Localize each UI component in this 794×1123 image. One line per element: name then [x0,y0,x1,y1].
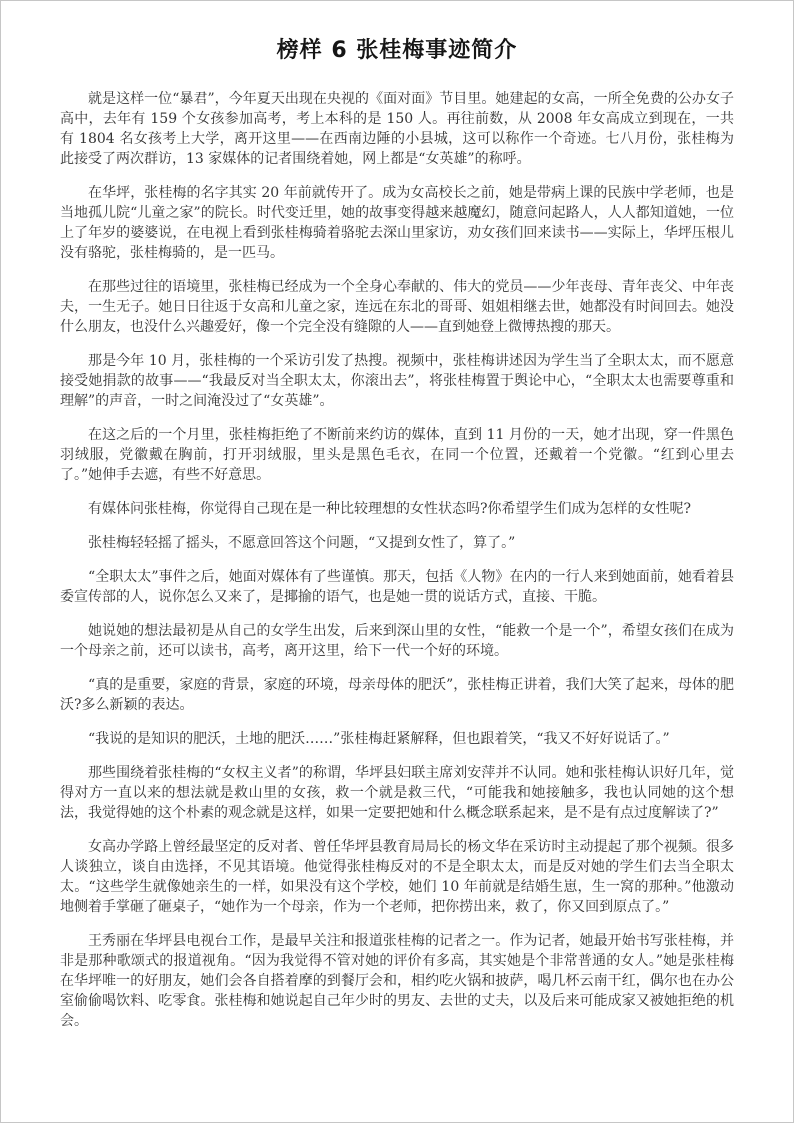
paragraph: 就是这样一位“暴君”，今年夏天出现在央视的《面对面》节目里。她建起的女高，一所全… [60,89,734,169]
paragraph: 在这之后的一个月里，张桂梅拒绝了不断前来约访的媒体，直到 11 月份的一天，她才… [60,425,734,485]
paragraph: 那些围绕着张桂梅的“女权主义者”的称谓，华坪县妇联主席刘安萍并不认同。她和张桂梅… [60,763,734,823]
paragraph: 有媒体问张桂梅，你觉得自己现在是一种比较理想的女性状态吗?你希望学生们成为怎样的… [60,499,734,519]
paragraph: “全职太太”事件之后，她面对媒体有了些谨慎。那天，包括《人物》在内的一行人来到她… [60,567,734,607]
paragraph: “我说的是知识的肥沃，土地的肥沃……”张桂梅赶紧解释，但也跟着笑，“我又不好好说… [60,729,734,749]
document-body: 就是这样一位“暴君”，今年夏天出现在央视的《面对面》节目里。她建起的女高，一所全… [60,89,734,1031]
paragraph: 张桂梅轻轻摇了摇头，不愿意回答这个问题，“又提到女性了，算了。” [60,533,734,553]
paragraph: 那是今年 10 月，张桂梅的一个采访引发了热搜。视频中，张桂梅讲述因为学生当了全… [60,351,734,411]
page-title: 榜样 6 张桂梅事迹简介 [60,33,734,64]
document-page: 榜样 6 张桂梅事迹简介 就是这样一位“暴君”，今年夏天出现在央视的《面对面》节… [0,0,794,1123]
paragraph: 王秀丽在华坪县电视台工作，是最早关注和报道张桂梅的记者之一。作为记者，她最开始书… [60,931,734,1031]
paragraph: 她说她的想法最初是从自己的女学生出发，后来到深山里的女性，“能救一个是一个”，希… [60,621,734,661]
paragraph: 在那些过往的语境里，张桂梅已经成为一个全身心奉献的、伟大的党员——少年丧母、青年… [60,277,734,337]
paragraph: 在华坪，张桂梅的名字其实 20 年前就传开了。成为女高校长之前，她是带病上课的民… [60,183,734,263]
paragraph: “真的是重要，家庭的背景，家庭的环境，母亲母体的肥沃”，张桂梅正讲着，我们大笑了… [60,675,734,715]
paragraph: 女高办学路上曾经最坚定的反对者、曾任华坪县教育局局长的杨文华在采访时主动提起了那… [60,837,734,917]
